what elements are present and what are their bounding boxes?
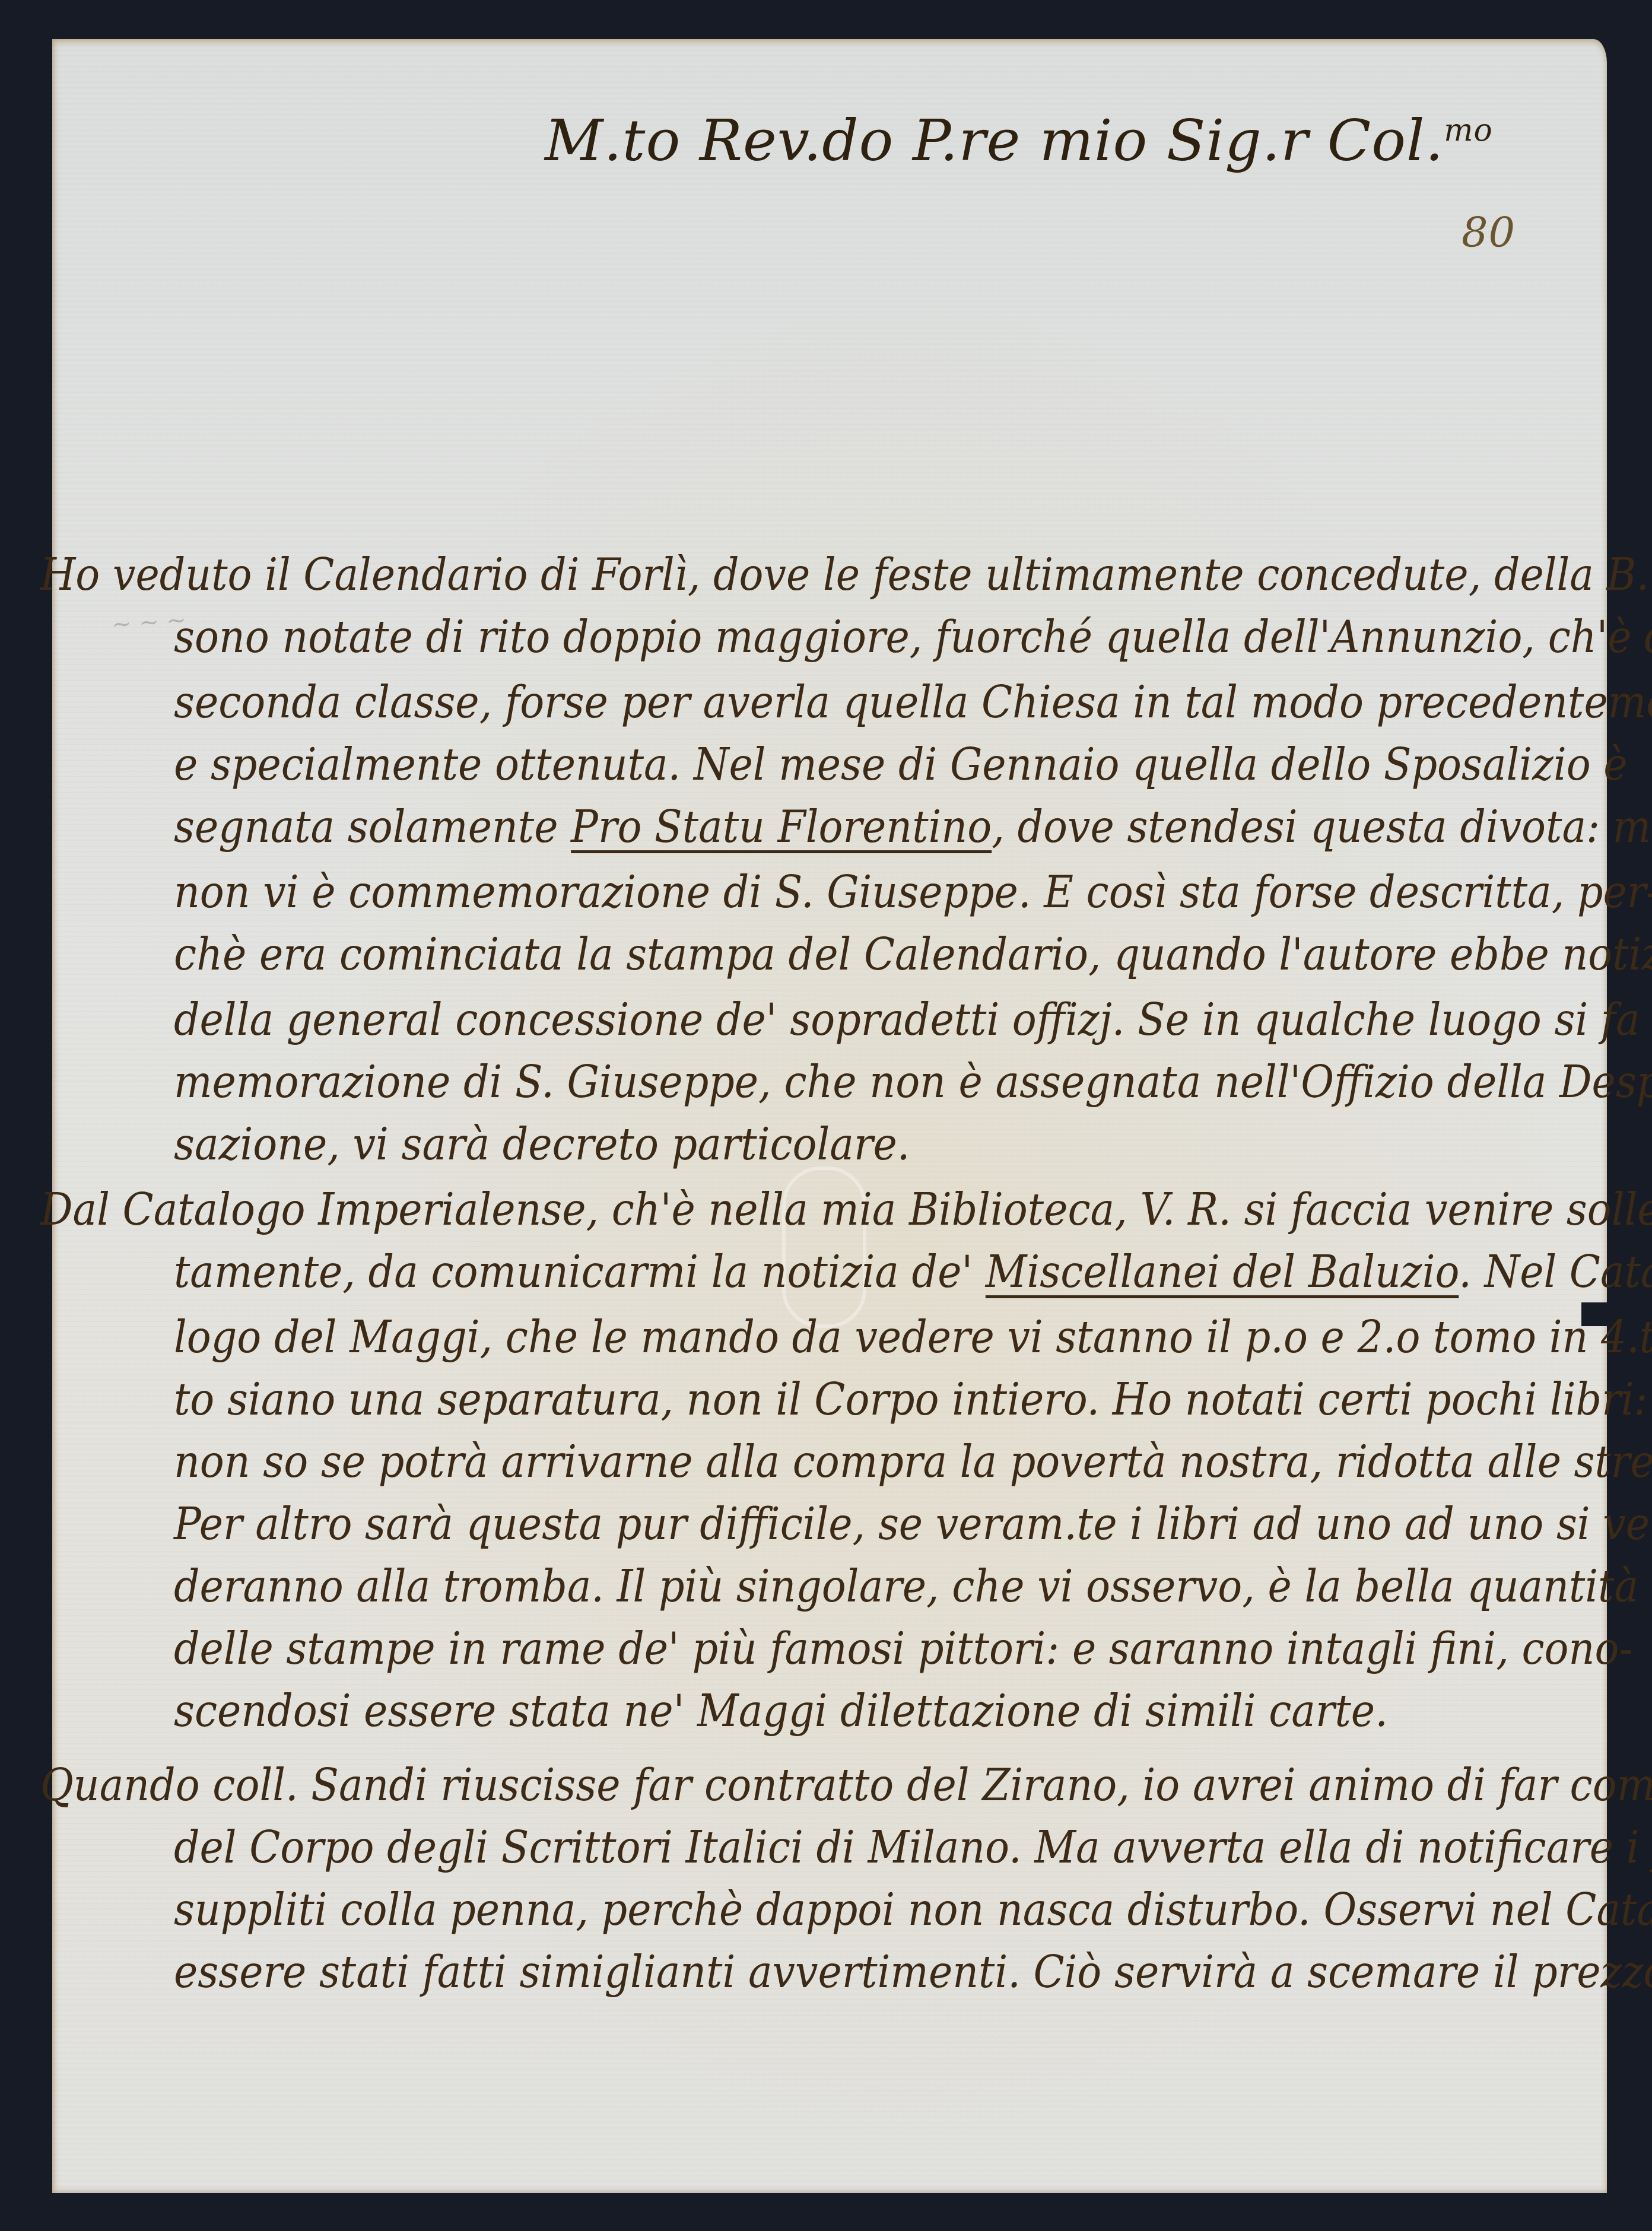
p1-line-4: e specialmente ottenuta. Nel mese di Gen… [174,739,1628,790]
underlined-miscellanei-del-baluzio: Miscellanei del Baluzio [986,1247,1459,1298]
p2-line-5: non so se potrà arrivarne alla compra la… [174,1437,1652,1488]
p1-line-1: Ho veduto il Calendario di Forlì, dove l… [40,549,1652,600]
p1-line-2: sono notate di rito doppio maggiore, fuo… [174,612,1652,663]
p2-line-4: to siano una separatura, non il Corpo in… [174,1374,1652,1425]
p1-line-10: sazione, vi sarà decreto particolare. [174,1119,910,1170]
p3-line-4: essere stati fatti simiglianti avvertime… [174,1947,1652,1998]
manuscript-page: M.to Rev.do P.re mio Sig.r Col.mo 80 ~ ~… [52,39,1607,2193]
p1-line-5: segnata solamente Pro Statu Florentino, … [174,802,1652,853]
p1-line-9: memorazione di S. Giuseppe, che non è as… [174,1057,1652,1108]
p1-line-8: della general concessione de' sopradetti… [174,994,1652,1045]
p1-line-7: chè era cominciata la stampa del Calenda… [174,929,1652,980]
p2-line-8: delle stampe in rame de' più famosi pitt… [174,1623,1632,1674]
p3-line-1: Quando coll. Sandi riuscisse far contrat… [40,1760,1652,1811]
page-edge-tear [1581,1302,1608,1326]
letter-body: Ho veduto il Calendario di Forlì, dove l… [52,39,1607,2193]
p1-line-6: non vi è commemorazione di S. Giuseppe. … [174,867,1652,918]
p1-line-3: seconda classe, forse per averla quella … [174,677,1652,728]
underlined-pro-statu-florentino: Pro Statu Florentino [571,802,992,853]
p2-line-2: tamente, da comunicarmi la notizia de' M… [174,1247,1652,1298]
p2-line-9: scendosi essere stata ne' Maggi dilettaz… [174,1686,1388,1737]
p3-line-2: del Corpo degli Scrittori Italici di Mil… [174,1822,1652,1873]
p2-line-6: Per altro sarà questa pur difficile, se … [174,1499,1652,1550]
p3-line-3: suppliti colla penna, perchè dappoi non … [174,1884,1652,1936]
p2-line-7: deranno alla tromba. Il più singolare, c… [174,1561,1638,1612]
p2-line-1: Dal Catalogo Imperialense, ch'è nella mi… [40,1184,1652,1235]
p2-line-3: logo del Maggi, che le mando da vedere v… [174,1312,1652,1363]
